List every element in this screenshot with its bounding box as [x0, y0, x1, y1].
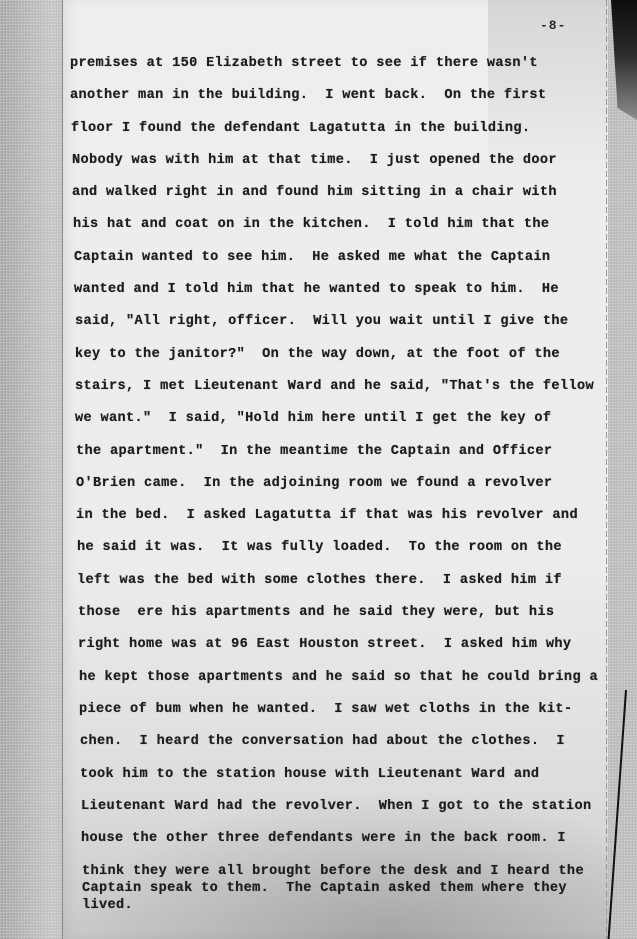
text-line: the apartment." In the meantime the Capt… — [76, 436, 608, 468]
text-line: piece of bum when he wanted. I saw wet c… — [79, 694, 608, 726]
text-line: premises at 150 Elizabeth street to see … — [70, 48, 608, 80]
text-line: stairs, I met Lieutenant Ward and he sai… — [75, 371, 608, 403]
text-line: Nobody was with him at that time. I just… — [72, 145, 608, 177]
text-line: another man in the building. I went back… — [70, 80, 608, 112]
typewritten-body: premises at 150 Elizabeth street to see … — [68, 48, 608, 914]
text-line: right home was at 96 East Houston street… — [78, 629, 608, 661]
text-line: took him to the station house with Lieut… — [80, 759, 608, 791]
text-line: Captain speak to them. The Captain asked… — [82, 880, 608, 897]
text-line: chen. I heard the conversation had about… — [80, 726, 608, 758]
page-number: -8- — [540, 18, 566, 33]
text-line: his hat and coat on in the kitchen. I to… — [73, 209, 608, 241]
text-line: house the other three defendants were in… — [81, 823, 608, 855]
text-line: wanted and I told him that he wanted to … — [74, 274, 608, 306]
text-line: O'Brien came. In the adjoining room we f… — [76, 468, 608, 500]
text-line: we want." I said, "Hold him here until I… — [75, 403, 608, 435]
text-line: think they were all brought before the d… — [82, 863, 608, 880]
text-line: key to the janitor?" On the way down, at… — [75, 339, 608, 371]
text-line: in the bed. I asked Lagatutta if that wa… — [76, 500, 608, 532]
text-line: floor I found the defendant Lagatutta in… — [71, 113, 608, 145]
text-line: left was the bed with some clothes there… — [77, 565, 608, 597]
text-line: he kept those apartments and he said so … — [79, 662, 608, 694]
text-line: Captain wanted to see him. He asked me w… — [74, 242, 608, 274]
text-line: those ere his apartments and he said the… — [78, 597, 608, 629]
text-line: lived. — [82, 897, 608, 914]
text-line: Lieutenant Ward had the revolver. When I… — [81, 791, 608, 823]
text-line: he said it was. It was fully loaded. To … — [77, 532, 608, 564]
text-line: said, "All right, officer. Will you wait… — [75, 306, 608, 338]
text-line: and walked right in and found him sittin… — [72, 177, 608, 209]
